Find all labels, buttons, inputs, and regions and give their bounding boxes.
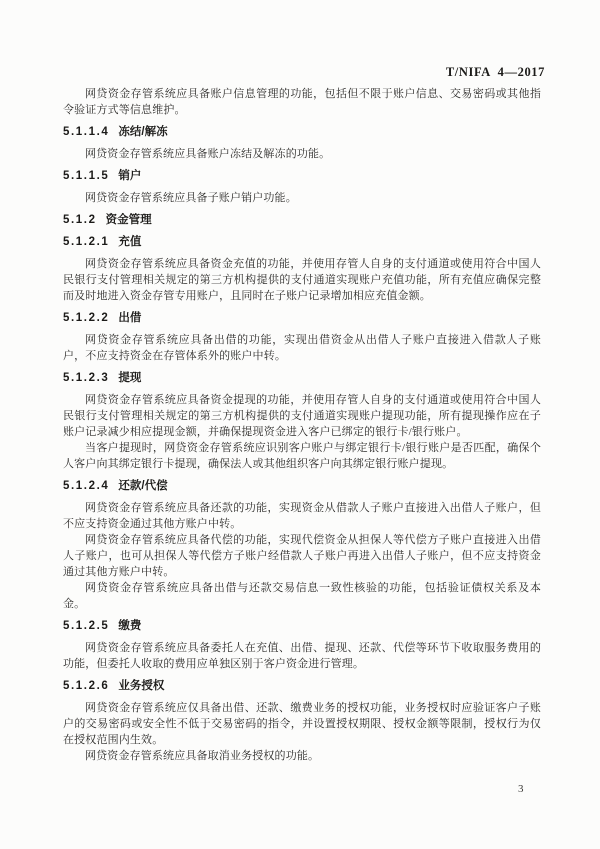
section-number: 5.1.1.4 xyxy=(63,126,109,138)
paragraph: 当客户提现时，网贷资金存管系统应识别客户账户与绑定银行卡/银行账户是否匹配，确保… xyxy=(63,440,541,472)
paragraph: 网贷资金存管系统应具备代偿的功能，实现代偿资金从担保人等代偿方子账户直接进入出借… xyxy=(63,532,541,580)
paragraph: 网贷资金存管系统应具备账户冻结及解冻的功能。 xyxy=(63,146,541,162)
section-title: 缴费 xyxy=(118,620,141,632)
section-heading: 5.1.2.1充值 xyxy=(63,234,541,250)
section-number: 5.1.2.5 xyxy=(63,620,109,632)
paragraph: 网贷资金存管系统应具备资金提现的功能，并使用存管人自身的支付通道或使用符合中国人… xyxy=(63,392,541,440)
paragraph: 网贷资金存管系统应具备取消业务授权的功能。 xyxy=(63,748,541,764)
section-title: 资金管理 xyxy=(106,214,152,226)
section-number: 5.1.1.5 xyxy=(63,170,109,182)
section-number: 5.1.2.6 xyxy=(63,680,109,692)
section-number: 5.1.2 xyxy=(63,214,97,226)
paragraph: 网贷资金存管系统应具备委托人在充值、出借、提现、还款、代偿等环节下收取服务费用的… xyxy=(63,640,541,672)
section-title: 冻结/解冻 xyxy=(118,126,167,138)
paragraph: 网贷资金存管系统应具备账户信息管理的功能，包括但不限于账户信息、交易密码或其他指… xyxy=(63,86,541,118)
section-title: 还款/代偿 xyxy=(118,480,167,492)
section-heading: 5.1.2.6业务授权 xyxy=(63,678,541,694)
section-heading: 5.1.1.4冻结/解冻 xyxy=(63,124,541,140)
document-body: 网贷资金存管系统应具备账户信息管理的功能，包括但不限于账户信息、交易密码或其他指… xyxy=(63,86,541,764)
paragraph: 网贷资金存管系统应具备出借与还款交易信息一致性核验的功能，包括验证债权关系及本金… xyxy=(63,580,541,612)
section-title: 业务授权 xyxy=(118,680,164,692)
section-heading: 5.1.2资金管理 xyxy=(63,212,541,228)
section-number: 5.1.2.3 xyxy=(63,372,109,384)
document-page: T/NIFA 4—2017 网贷资金存管系统应具备账户信息管理的功能，包括但不限… xyxy=(0,0,600,849)
section-title: 充值 xyxy=(118,236,141,248)
section-number: 5.1.2.1 xyxy=(63,236,109,248)
paragraph: 网贷资金存管系统应具备出借的功能，实现出借资金从出借人子账户直接进入借款人子账户… xyxy=(63,332,541,364)
section-number: 5.1.2.2 xyxy=(63,312,109,324)
paragraph: 网贷资金存管系统应具备子账户销户功能。 xyxy=(63,190,541,206)
section-title: 出借 xyxy=(118,312,141,324)
section-title: 提现 xyxy=(118,372,141,384)
section-heading: 5.1.2.2出借 xyxy=(63,310,541,326)
section-heading: 5.1.2.3提现 xyxy=(63,370,541,386)
paragraph: 网贷资金存管系统应仅具备出借、还款、缴费业务的授权功能，业务授权时应验证客户子账… xyxy=(63,700,541,748)
section-number: 5.1.2.4 xyxy=(63,480,109,492)
section-heading: 5.1.1.5销户 xyxy=(63,168,541,184)
section-heading: 5.1.2.4还款/代偿 xyxy=(63,478,541,494)
running-header: T/NIFA 4—2017 xyxy=(446,65,545,80)
section-title: 销户 xyxy=(118,170,141,182)
paragraph: 网贷资金存管系统应具备资金充值的功能，并使用存管人自身的支付通道或使用符合中国人… xyxy=(63,256,541,304)
page-number: 3 xyxy=(518,783,524,795)
section-heading: 5.1.2.5缴费 xyxy=(63,618,541,634)
paragraph: 网贷资金存管系统应具备还款的功能，实现资金从借款人子账户直接进入出借人子账户，但… xyxy=(63,500,541,532)
